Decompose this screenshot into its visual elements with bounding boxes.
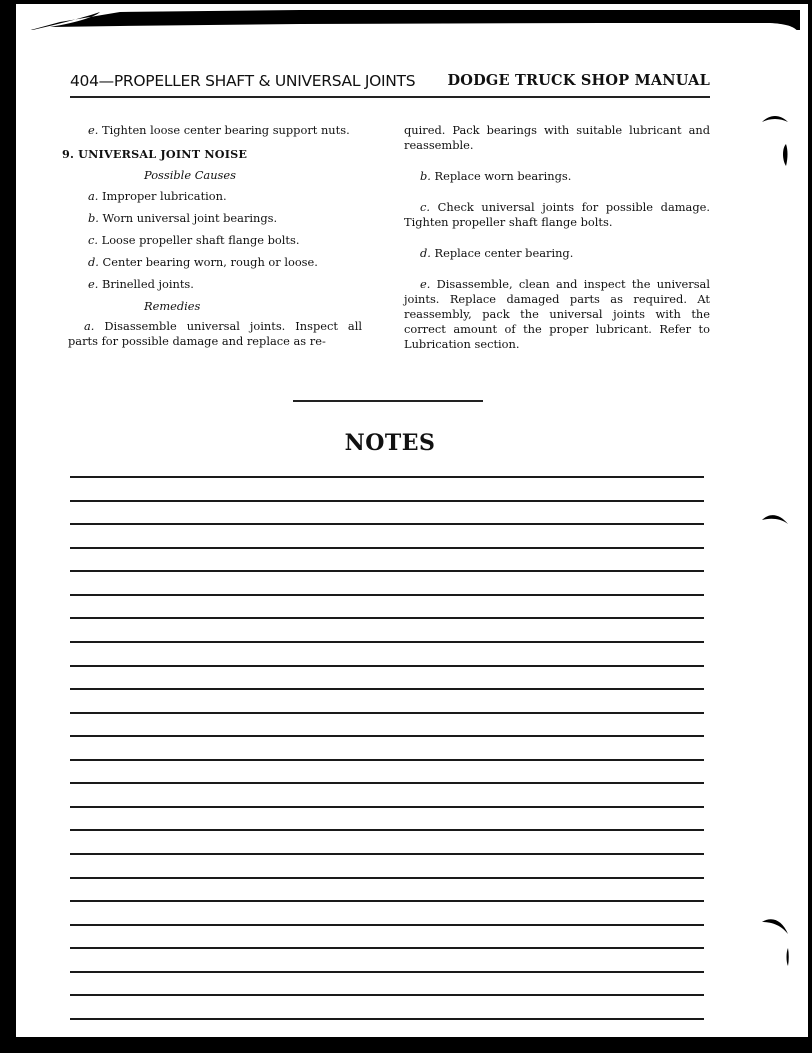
hole-shadow-icon bbox=[760, 912, 790, 972]
list-item: e. Disassemble, clean and inspect the un… bbox=[404, 277, 710, 352]
page-header: 404—PROPELLER SHAFT & UNIVERSAL JOINTS D… bbox=[70, 72, 710, 98]
list-item: b. Replace worn bearings. bbox=[404, 169, 710, 184]
section-divider bbox=[293, 400, 483, 402]
scan-right-edge bbox=[808, 0, 812, 1053]
manual-title: DODGE TRUCK SHOP MANUAL bbox=[448, 72, 711, 89]
ruled-line bbox=[70, 924, 704, 926]
list-item: a. Improper lubrication. bbox=[72, 189, 362, 204]
scan-bottom-edge bbox=[0, 1037, 812, 1053]
scan-left-edge bbox=[0, 0, 16, 1053]
ruled-line bbox=[70, 641, 704, 643]
ruled-line bbox=[70, 594, 704, 596]
ruled-line bbox=[70, 782, 704, 784]
ruled-line bbox=[70, 947, 704, 949]
hole-shadow-icon bbox=[760, 108, 790, 168]
list-item: d. Replace center bearing. bbox=[404, 246, 710, 261]
list-item: a. Disassemble universal joints. Inspect… bbox=[68, 319, 362, 349]
list-item: e. Brinelled joints. bbox=[72, 277, 362, 292]
list-item: b. Worn universal joint bearings. bbox=[72, 211, 362, 226]
ruled-line bbox=[70, 688, 704, 690]
remedies-heading: Remedies bbox=[72, 299, 362, 314]
ruled-line bbox=[70, 500, 704, 502]
ruled-line bbox=[70, 806, 704, 808]
list-item: c. Check universal joints for possible d… bbox=[404, 200, 710, 230]
ruled-line bbox=[70, 900, 704, 902]
ruled-line bbox=[70, 547, 704, 549]
ruled-line bbox=[70, 1018, 704, 1020]
section-heading: 9. UNIVERSAL JOINT NOISE bbox=[62, 147, 362, 162]
scan-top-edge bbox=[0, 0, 812, 30]
hole-shadow-icon bbox=[760, 510, 790, 540]
list-item: d. Center bearing worn, rough or loose. bbox=[72, 255, 362, 270]
ruled-line bbox=[70, 617, 704, 619]
notes-title: NOTES bbox=[0, 430, 780, 456]
ruled-line bbox=[70, 665, 704, 667]
ruled-line bbox=[70, 877, 704, 879]
ruled-line bbox=[70, 523, 704, 525]
ruled-line bbox=[70, 971, 704, 973]
ruled-line bbox=[70, 712, 704, 714]
ruled-line bbox=[70, 853, 704, 855]
ruled-line bbox=[70, 759, 704, 761]
left-column: e. Tighten loose center bearing support … bbox=[72, 123, 362, 349]
paragraph: quired. Pack bearings with suitable lubr… bbox=[404, 123, 710, 153]
right-column: quired. Pack bearings with suitable lubr… bbox=[404, 123, 710, 352]
causes-heading: Possible Causes bbox=[72, 168, 362, 183]
list-item: e. Tighten loose center bearing support … bbox=[72, 123, 362, 138]
section-title: 404—PROPELLER SHAFT & UNIVERSAL JOINTS bbox=[70, 72, 415, 90]
ruled-line bbox=[70, 476, 704, 478]
ruled-line bbox=[70, 829, 704, 831]
ruled-line bbox=[70, 570, 704, 572]
list-item: c. Loose propeller shaft flange bolts. bbox=[72, 233, 362, 248]
ruled-line bbox=[70, 994, 704, 996]
ruled-line bbox=[70, 735, 704, 737]
